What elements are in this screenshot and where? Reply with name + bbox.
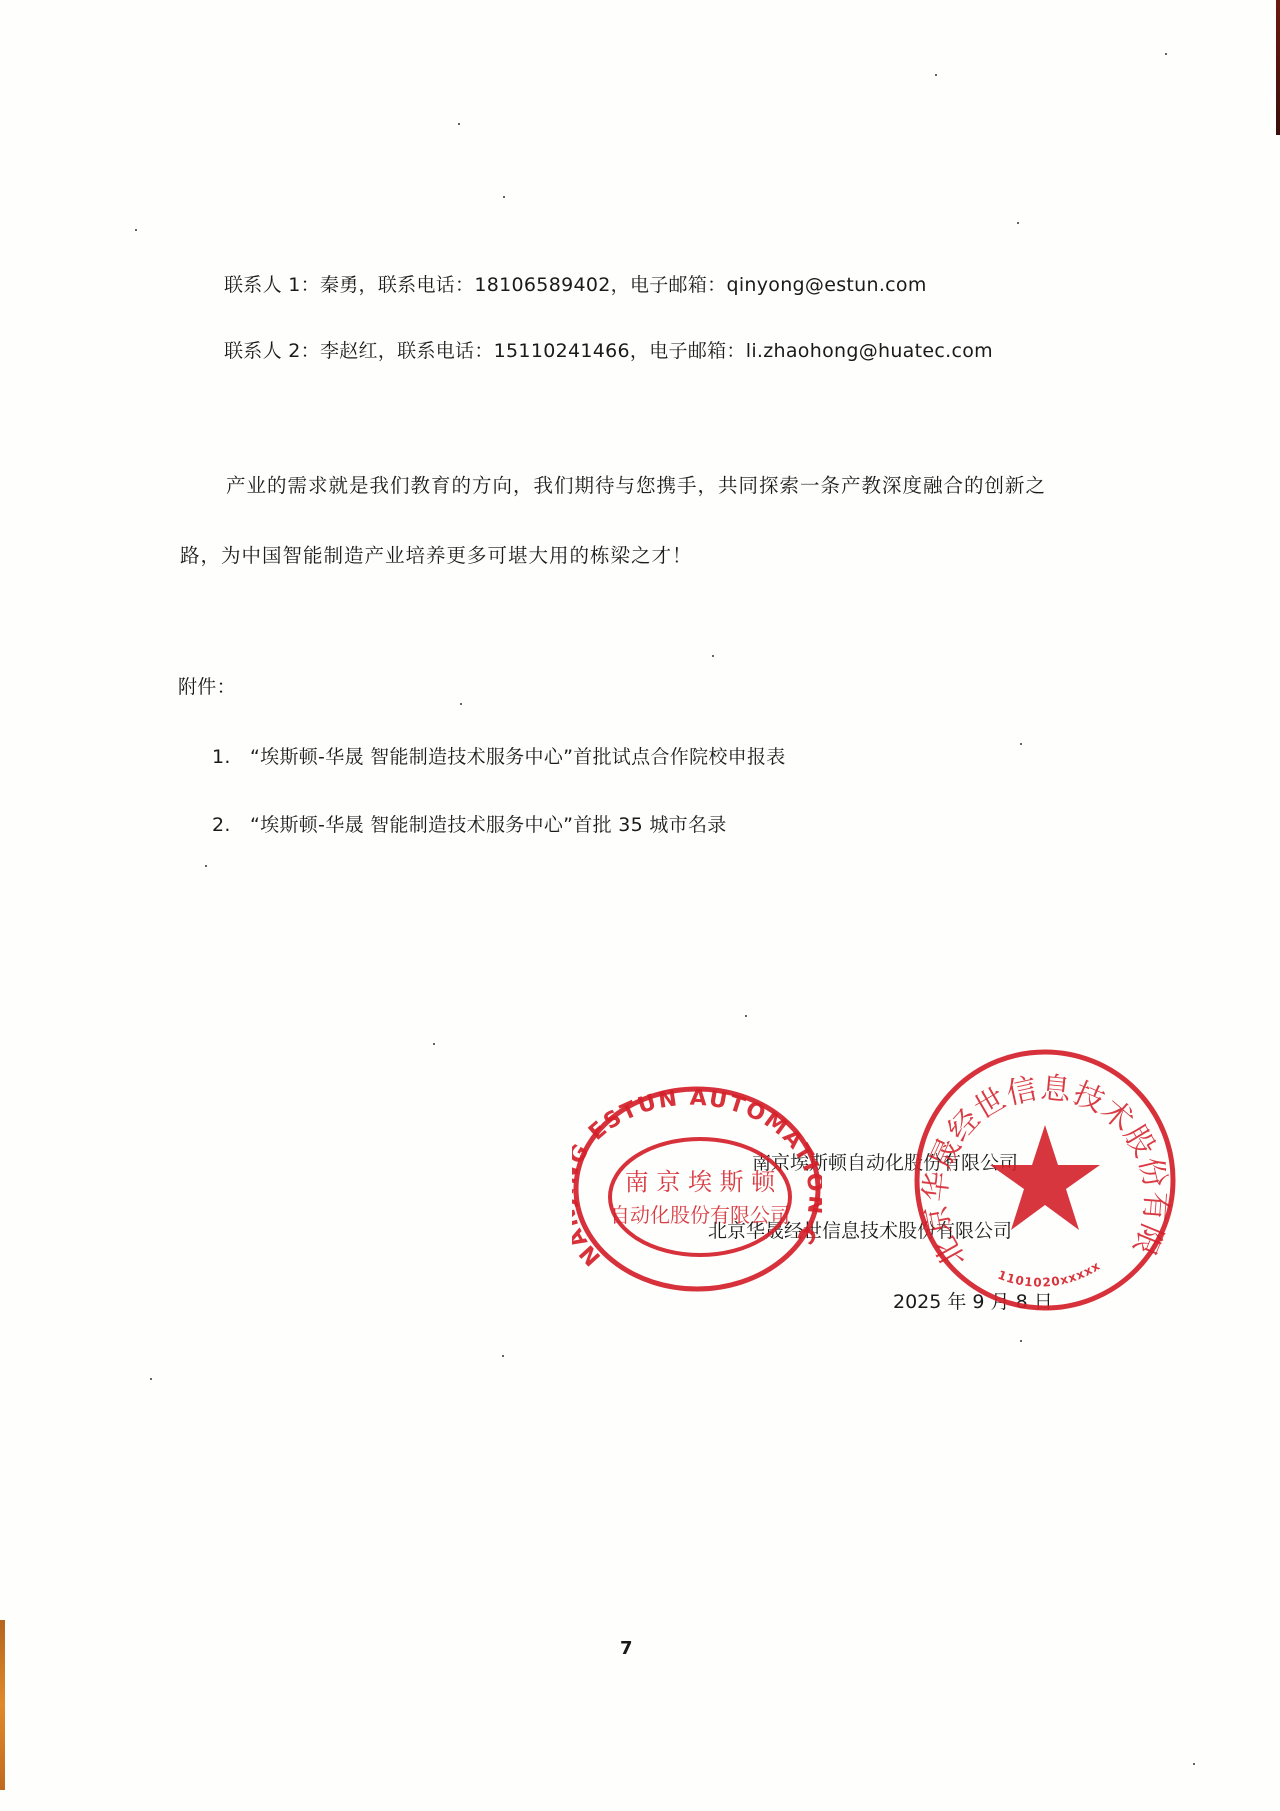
scan-speck bbox=[433, 1043, 435, 1045]
scan-edge bbox=[0, 1620, 5, 1790]
scan-speck bbox=[1165, 53, 1167, 55]
scan-speck bbox=[745, 1015, 747, 1017]
contact-name: 秦勇， bbox=[320, 274, 378, 296]
attachment-number: 1. bbox=[212, 746, 250, 768]
scan-speck bbox=[205, 865, 207, 867]
attachment-title: “埃斯顿-华晟 智能制造技术服务中心”首批试点合作院校申报表 bbox=[250, 746, 786, 768]
scan-speck bbox=[1020, 743, 1022, 745]
scan-speck bbox=[150, 1378, 152, 1380]
phone-number: 15110241466， bbox=[494, 340, 650, 362]
email-label: 电子邮箱： bbox=[649, 340, 746, 362]
company-seal-round: 北京华晟经世信息技术股份有限公司 1101020xxxxx bbox=[905, 1040, 1185, 1320]
email-address: li.zhaohong@huatec.com bbox=[746, 340, 993, 362]
scan-speck bbox=[458, 123, 460, 125]
seal-code-text: 1101020xxxxx bbox=[996, 1258, 1103, 1289]
contact-label: 联系人 1： bbox=[224, 274, 320, 296]
scan-speck bbox=[460, 703, 462, 705]
closing-paragraph-line: 产业的需求就是我们教育的方向，我们期待与您携手，共同探索一条产教深度融合的创新之 bbox=[226, 470, 1046, 498]
email-address: qinyong@estun.com bbox=[726, 274, 926, 296]
attachment-item: 2.“埃斯顿-华晟 智能制造技术服务中心”首批 35 城市名录 bbox=[212, 810, 727, 837]
signature-date: 2025 年 9 月 8 日 bbox=[893, 1287, 1053, 1314]
signature-company-1: 南京埃斯顿自动化股份有限公司 bbox=[752, 1148, 1018, 1175]
email-label: 电子邮箱： bbox=[630, 274, 727, 296]
scan-speck bbox=[1020, 1340, 1022, 1342]
phone-label: 联系电话： bbox=[378, 274, 475, 296]
star-icon bbox=[990, 1125, 1100, 1230]
attachment-number: 2. bbox=[212, 814, 250, 836]
attachment-title: “埃斯顿-华晟 智能制造技术服务中心”首批 35 城市名录 bbox=[250, 814, 727, 836]
page-number: 7 bbox=[620, 1638, 633, 1659]
company-seal-oval: NANJING ESTUN AUTOMATION CO.,LTD 南 京 埃 斯… bbox=[572, 1082, 822, 1292]
phone-label: 联系电话： bbox=[397, 340, 494, 362]
scan-speck bbox=[935, 74, 937, 76]
scan-speck bbox=[1193, 1763, 1195, 1765]
attachment-item: 1.“埃斯顿-华晟 智能制造技术服务中心”首批试点合作院校申报表 bbox=[212, 742, 786, 769]
contact-line: 联系人 2：李赵红，联系电话：15110241466，电子邮箱：li.zhaoh… bbox=[224, 336, 993, 363]
scan-speck bbox=[503, 196, 505, 198]
phone-number: 18106589402， bbox=[474, 274, 630, 296]
signature-company-2: 北京华晟经世信息技术股份有限公司 bbox=[708, 1216, 1012, 1243]
scan-edge bbox=[1276, 0, 1280, 135]
contact-line: 联系人 1：秦勇，联系电话：18106589402，电子邮箱：qinyong@e… bbox=[224, 270, 927, 297]
scan-speck bbox=[135, 229, 137, 231]
contact-label: 联系人 2： bbox=[224, 340, 320, 362]
scan-speck bbox=[1017, 222, 1019, 224]
contact-name: 李赵红， bbox=[320, 340, 397, 362]
closing-paragraph-line: 路，为中国智能制造产业培养更多可堪大用的栋梁之才！ bbox=[180, 540, 693, 568]
attachments-label: 附件： bbox=[178, 672, 236, 699]
scan-speck bbox=[712, 655, 714, 657]
svg-text:1101020xxxxx: 1101020xxxxx bbox=[996, 1258, 1103, 1289]
scan-speck bbox=[502, 1355, 504, 1357]
document-page: 联系人 1：秦勇，联系电话：18106589402，电子邮箱：qinyong@e… bbox=[0, 0, 1280, 1811]
